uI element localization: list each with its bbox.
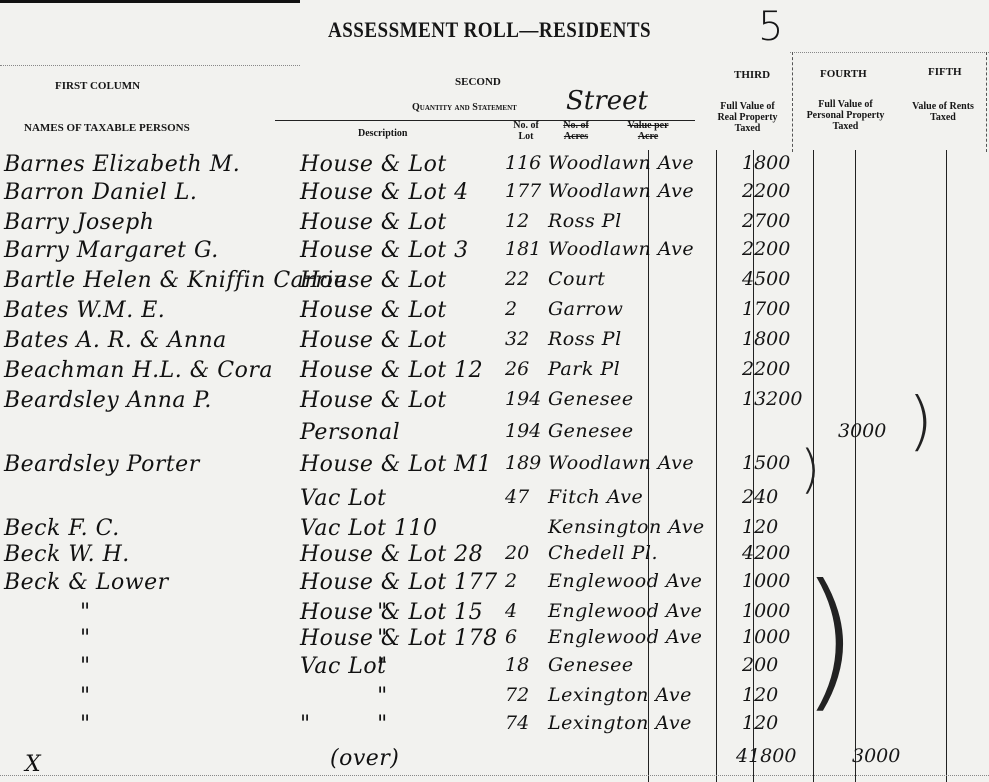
property-description: House & Lot [300, 268, 447, 293]
second-heading: SECOND [455, 76, 501, 88]
names-heading: NAMES OF TAXABLE PERSONS [24, 122, 190, 134]
real-property-value: 4500 [742, 268, 790, 290]
page-title: ASSESSMENT ROLL—RESIDENTS [328, 18, 651, 43]
real-property-value: 120 [742, 684, 778, 706]
brace: ) [908, 385, 933, 459]
fourth-heading: FOURTH [820, 68, 867, 80]
lot-number: 194 [505, 388, 541, 410]
property-description: House & Lot M1 [300, 452, 492, 477]
no-of-acres-heading: No. of Acres [556, 120, 596, 142]
street-name: Lexington Ave [548, 684, 692, 706]
third-sub-line3: Taxed [705, 123, 790, 134]
footer-divider [0, 775, 989, 776]
taxpayer-name: Beck W. H. [4, 542, 130, 567]
street-name: Woodlawn Ave [548, 238, 694, 260]
lot-number: 194 [505, 420, 541, 442]
property-description: House & Lot 28 [300, 542, 483, 567]
street-name: Ross Pl [548, 210, 622, 232]
taxpayer-name: " " [80, 684, 527, 709]
lot-number: 2 [505, 570, 517, 592]
lot-number: 26 [505, 358, 529, 380]
header-divider [0, 65, 300, 66]
fifth-subheading: Value of Rents Taxed [903, 101, 983, 123]
property-description: House & Lot 177 [300, 570, 498, 595]
fifth-sub-line2: Taxed [903, 112, 983, 123]
street-name: Park Pl [548, 358, 620, 380]
street-name: Ross Pl [548, 328, 622, 350]
taxpayer-name: Beachman H.L. & Cora [4, 358, 273, 383]
taxpayer-name: Beck F. C. [4, 516, 120, 541]
value-per-acre-line2: Acre [623, 131, 673, 142]
taxpayer-name: Beck & Lower [4, 570, 169, 595]
header-column-rule [792, 52, 793, 152]
property-description: House & Lot 178 [300, 626, 498, 651]
real-property-value: 240 [742, 486, 778, 508]
column-rule [716, 150, 717, 782]
value-per-acre-line1: Value per [623, 120, 673, 131]
top-border [0, 0, 300, 3]
value-per-acre-heading: Value per Acre [623, 120, 673, 142]
lot-number: 72 [505, 684, 529, 706]
header-column-rule [986, 52, 987, 152]
taxpayer-name: Bartle Helen & Kniffin Carrie [4, 268, 347, 293]
real-property-value: 1000 [742, 600, 790, 622]
header-divider-right [790, 52, 989, 53]
personal-property-value: 3000 [838, 420, 886, 442]
brace: ) [800, 440, 820, 500]
fourth-sub-line3: Taxed [798, 121, 893, 132]
property-description: House & Lot 3 [300, 238, 469, 263]
real-property-value: 200 [742, 654, 778, 676]
taxpayer-name: Bates A. R. & Anna [4, 328, 227, 353]
real-total: 41800 [736, 745, 796, 767]
property-description: Vac Lot [300, 486, 387, 511]
street-name: Genesee [548, 654, 634, 676]
fifth-sub-line1: Value of Rents [903, 101, 983, 112]
taxpayer-name: Bates W.M. E. [4, 298, 165, 323]
taxpayer-name: Barron Daniel L. [4, 180, 197, 205]
street-name: Englewood Ave [548, 626, 702, 648]
over-label: (over) [330, 746, 399, 771]
street-name: Woodlawn Ave [548, 452, 694, 474]
lot-number: 12 [505, 210, 529, 232]
property-description: House & Lot 4 [300, 180, 469, 205]
property-description: House & Lot 15 [300, 600, 483, 625]
taxpayer-name: Barry Joseph [4, 210, 154, 235]
taxpayer-name: Barry Margaret G. [4, 238, 219, 263]
personal-total: 3000 [852, 745, 900, 767]
lot-number: 74 [505, 712, 529, 734]
page-number: 5 [758, 4, 783, 50]
real-property-value: 2200 [742, 180, 790, 202]
column-rule [946, 150, 947, 782]
third-sub-line2: Real Property [705, 112, 790, 123]
real-property-value: 1800 [742, 152, 790, 174]
street-name: Chedell Pl. [548, 542, 658, 564]
no-of-lot-line1: No. of [505, 120, 547, 131]
no-of-acres-line1: No. of [556, 120, 596, 131]
real-property-value: 2200 [742, 358, 790, 380]
lot-number: 32 [505, 328, 529, 350]
real-property-value: 120 [742, 712, 778, 734]
first-column-heading: FIRST COLUMN [55, 80, 140, 92]
taxpayer-name: Beardsley Porter [4, 452, 200, 477]
property-description: House & Lot [300, 388, 447, 413]
fifth-heading: FIFTH [928, 66, 962, 78]
property-description: House & Lot [300, 298, 447, 323]
fourth-sub-line2: Personal Property [798, 110, 893, 121]
lot-number: 177 [505, 180, 541, 202]
fourth-subheading: Full Value of Personal Property Taxed [798, 99, 893, 132]
property-description: Personal [300, 420, 400, 445]
description-heading: Description [358, 128, 407, 139]
street-handwritten-heading: Street [566, 86, 648, 116]
street-name: Genesee [548, 420, 634, 442]
property-description: House & Lot 12 [300, 358, 483, 383]
property-description: Vac Lot [300, 654, 387, 679]
real-property-value: 13200 [742, 388, 802, 410]
lot-number: 47 [505, 486, 529, 508]
street-name: Englewood Ave [548, 570, 702, 592]
property-description: " [300, 712, 311, 737]
real-property-value: 1500 [742, 452, 790, 474]
street-name: Court [548, 268, 605, 290]
third-subheading: Full Value of Real Property Taxed [705, 101, 790, 134]
real-property-value: 4200 [742, 542, 790, 564]
lot-number: 4 [505, 600, 517, 622]
third-heading: THIRD [734, 69, 770, 81]
lot-number: 22 [505, 268, 529, 290]
property-description: House & Lot [300, 152, 447, 177]
lot-number: 6 [505, 626, 517, 648]
lot-number: 116 [505, 152, 541, 174]
lot-number: 2 [505, 298, 517, 320]
street-name: Fitch Ave [548, 486, 643, 508]
street-name: Woodlawn Ave [548, 152, 694, 174]
quantity-statement-heading: Quantity and Statement [412, 102, 517, 113]
property-description: Vac Lot 110 [300, 516, 437, 541]
brace: ) [800, 565, 859, 715]
no-of-lot-line2: Lot [505, 131, 547, 142]
real-property-value: 2200 [742, 238, 790, 260]
street-name: Woodlawn Ave [548, 180, 694, 202]
street-name: Genesee [548, 388, 634, 410]
real-property-value: 2700 [742, 210, 790, 232]
street-name: Garrow [548, 298, 623, 320]
lot-number: 18 [505, 654, 529, 676]
taxpayer-name: Barnes Elizabeth M. [4, 152, 240, 177]
lot-number: 189 [505, 452, 541, 474]
real-property-value: 1800 [742, 328, 790, 350]
taxpayer-name: Beardsley Anna P. [4, 388, 212, 413]
street-name: Kensington Ave [548, 516, 705, 538]
real-property-value: 1000 [742, 570, 790, 592]
total-mark: X [25, 752, 41, 777]
no-of-acres-line2: Acres [556, 131, 596, 142]
third-sub-line1: Full Value of [705, 101, 790, 112]
street-name: Englewood Ave [548, 600, 702, 622]
no-of-lot-heading: No. of Lot [505, 120, 547, 142]
real-property-value: 1700 [742, 298, 790, 320]
street-name: Lexington Ave [548, 712, 692, 734]
property-description: House & Lot [300, 328, 447, 353]
real-property-value: 1000 [742, 626, 790, 648]
property-description: House & Lot [300, 210, 447, 235]
real-property-value: 120 [742, 516, 778, 538]
lot-number: 181 [505, 238, 541, 260]
fourth-sub-line1: Full Value of [798, 99, 893, 110]
lot-number: 20 [505, 542, 529, 564]
